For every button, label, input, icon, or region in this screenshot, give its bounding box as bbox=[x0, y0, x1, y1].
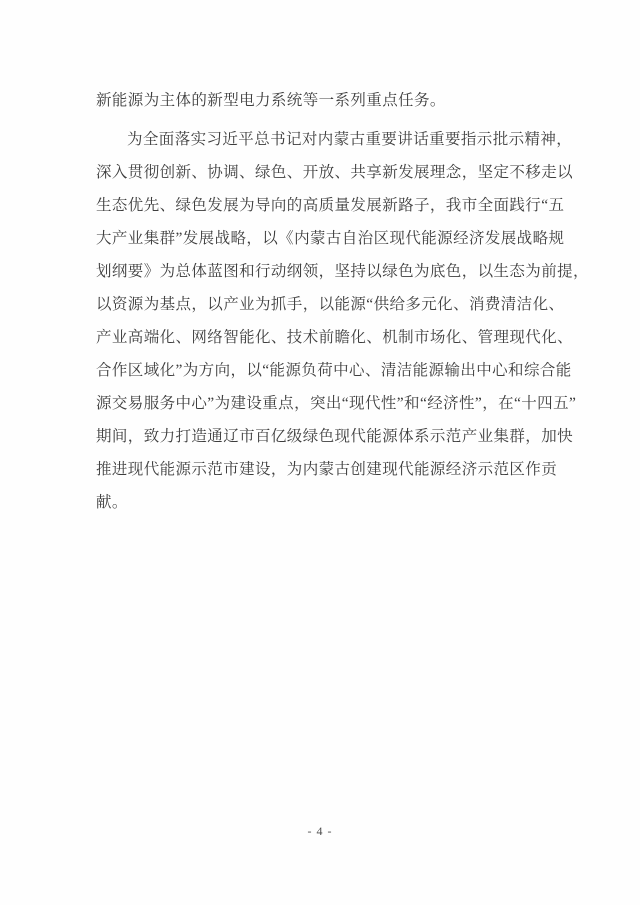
paragraph-2-line-12: 献。 bbox=[96, 486, 547, 519]
paragraph-2-line-3: 生态优先、绿色发展为导向的高质量发展新路子，我市全面践行“五 bbox=[96, 189, 547, 222]
paragraph-2-line-5: 划纲要》为总体蓝图和行动纲领，坚持以绿色为底色，以生态为前提， bbox=[96, 255, 547, 288]
paragraph-1-line-1: 新能源为主体的新型电力系统等一系列重点任务。 bbox=[96, 84, 547, 117]
paragraph-2-line-8: 合作区域化”为方向，以“能源负荷中心、清洁能源输出中心和综合能 bbox=[96, 354, 547, 387]
paragraph-2-line-7: 产业高端化、网络智能化、技术前瞻化、机制市场化、管理现代化、 bbox=[96, 321, 547, 354]
paragraph-2-line-1: 为全面落实习近平总书记对内蒙古重要讲话重要指示批示精神， bbox=[96, 123, 547, 156]
document-body: 新能源为主体的新型电力系统等一系列重点任务。 为全面落实习近平总书记对内蒙古重要… bbox=[96, 84, 547, 519]
paragraph-2-line-10: 期间，致力打造通辽市百亿级绿色现代能源体系示范产业集群，加快 bbox=[96, 420, 547, 453]
paragraph-2-line-11: 推进现代能源示范市建设，为内蒙古创建现代能源经济示范区作贡 bbox=[96, 453, 547, 486]
paragraph-2-line-9: 源交易服务中心”为建设重点，突出“现代性”和“经济性”，在“十四五” bbox=[96, 387, 547, 420]
paragraph-2-line-6: 以资源为基点，以产业为抓手，以能源“供给多元化、消费清洁化、 bbox=[96, 288, 547, 321]
document-page: 新能源为主体的新型电力系统等一系列重点任务。 为全面落实习近平总书记对内蒙古重要… bbox=[0, 0, 640, 905]
page-number: - 4 - bbox=[0, 824, 640, 839]
paragraph-2-line-2: 深入贯彻创新、协调、绿色、开放、共享新发展理念，坚定不移走以 bbox=[96, 156, 547, 189]
paragraph-2-line-4: 大产业集群”发展战略，以《内蒙古自治区现代能源经济发展战略规 bbox=[96, 222, 547, 255]
